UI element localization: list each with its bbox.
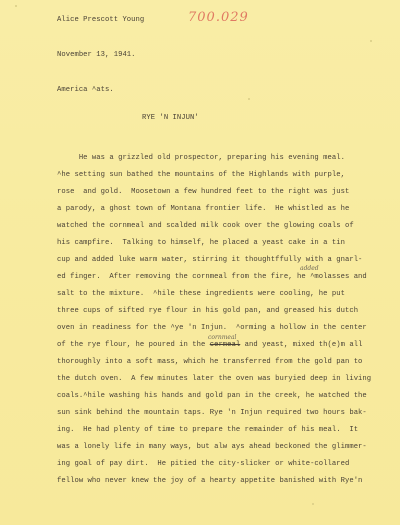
paper-speck <box>248 98 250 100</box>
body-line-7: cup and added luke warm water, stirring … <box>57 257 362 264</box>
typed-manuscript-page: Alice Prescott Young 700.029 November 13… <box>0 0 400 525</box>
body-line-5: watched the cornmeal and scalded milk co… <box>57 223 354 230</box>
body-line-2: ^he setting sun bathed the mountains of … <box>57 172 345 179</box>
body-line-9: salt to the mixture. ^hile these ingredi… <box>57 291 345 298</box>
body-line-12-start: of the rye flour, he poured in the <box>57 341 210 349</box>
story-title: RYE 'N INJUN' <box>142 115 199 122</box>
body-line-13: thoroughly into a soft mass, which he tr… <box>57 359 362 366</box>
body-line-20: fellow who never knew the joy of a heart… <box>57 478 362 485</box>
series-name: America ^ats. <box>57 87 114 94</box>
body-line-10: three cups of sifted rye flour in his go… <box>57 308 358 315</box>
catalog-number-handwritten: 700.029 <box>188 10 249 25</box>
handwritten-insertion-cornmeal: cornmeal <box>208 334 236 341</box>
body-line-12-end: and yeast, mixed th(e)m all <box>240 341 362 349</box>
body-line-17: ing. He had plenty of time to prepare th… <box>57 427 358 434</box>
handwritten-insertion-added: added <box>300 265 319 272</box>
body-line-14: the dutch oven. A few minutes later the … <box>57 376 371 383</box>
body-line-15: coals.^hile washing his hands and gold p… <box>57 393 367 400</box>
body-line-11: oven in readiness for the ^ye 'n Injun. … <box>57 325 367 332</box>
body-line-6: his campfire. Talking to himself, he pla… <box>57 240 345 247</box>
body-line-3: rose and gold. Moosetown a few hundred f… <box>57 189 349 196</box>
body-line-4: a parody, a ghost town of Montana fronti… <box>57 206 349 213</box>
paper-speck <box>312 503 314 505</box>
body-line-8: ed finger. After removing the cornmeal f… <box>57 274 367 281</box>
body-line-1: He was a grizzled old prospector, prepar… <box>57 155 345 162</box>
paper-speck <box>15 5 17 7</box>
document-date: November 13, 1941. <box>57 52 136 59</box>
body-line-12: of the rye flour, he poured in the cerme… <box>57 342 362 349</box>
body-line-16: sun sink behind the mountain taps. Rye '… <box>57 410 367 417</box>
author-name: Alice Prescott Young <box>57 17 144 24</box>
body-line-19: ing goal of pay dirt. He pitied the city… <box>57 461 349 468</box>
struck-word: cermeal <box>210 341 241 349</box>
body-line-18: was a lonely life in many ways, but alw … <box>57 444 367 451</box>
paper-speck <box>370 40 372 42</box>
